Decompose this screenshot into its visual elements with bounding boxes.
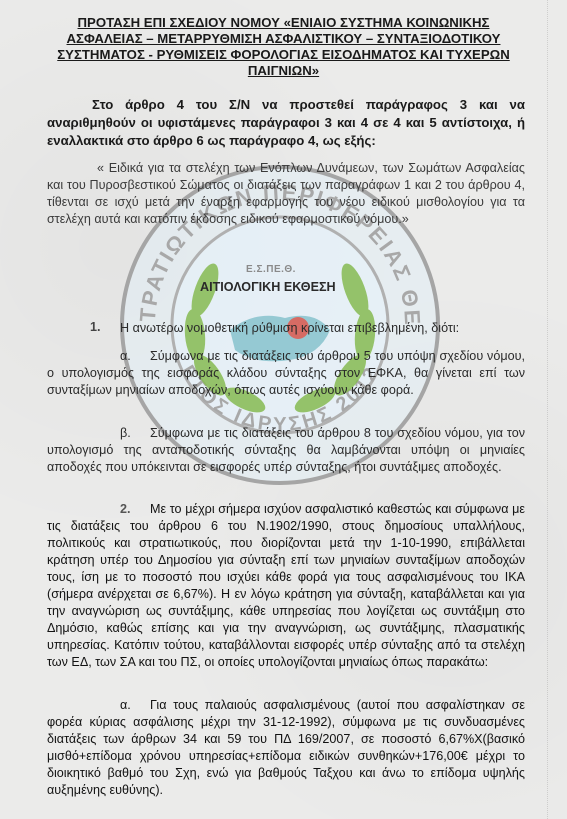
document-title: ΠΡΟΤΑΣΗ ΕΠΙ ΣΧΕΔΙΟΥ ΝΟΜΟΥ «ΕΝΙΑΙΟ ΣΥΣΤΗΜ… <box>40 15 527 79</box>
subitem-letter: α. <box>120 348 150 365</box>
document-page: ΕΝΩΣΗ ΣΤΡΑΤΙΩΤΙΚΩΝ ΠΕΡΙΦΕΡΕΙΑΣ ΘΕΣΣΑΛΙΑΣ… <box>0 0 567 819</box>
item-number: 1. <box>90 320 101 334</box>
item-text: Με το μέχρι σήμερα ισχύον ασφαλιστικό κα… <box>47 502 525 669</box>
item-number: 2. <box>120 501 150 518</box>
subitem: β.Σύμφωνα με τις διατάξεις του άρθρου 8 … <box>47 425 525 476</box>
subitem-text: Για τους παλαιούς ασφαλισμένους (αυτοί π… <box>47 698 525 797</box>
section-heading: ΑΙΤΙΟΛΟΓΙΚΗ ΕΚΘΕΣΗ <box>200 280 336 294</box>
subitem-text: Σύμφωνα με τις διατάξεις του άρθρου 8 το… <box>47 426 525 474</box>
amendment-quote: « Ειδικά για τα στελέχη των Ενόπλων Δυνά… <box>47 160 525 228</box>
item-paragraph: 2.Με το μέχρι σήμερα ισχύον ασφαλιστικό … <box>47 501 525 671</box>
subitem-letter: β. <box>120 425 150 442</box>
amendment-intro: Στο άρθρο 4 του Σ/Ν να προστεθεί παράγρα… <box>47 96 525 150</box>
scan-artifact <box>547 0 549 819</box>
subitem-text: Σύμφωνα με τις διατάξεις του άρθρου 5 το… <box>47 349 525 397</box>
stamp-center-text: Ε.Σ.ΠΕ.Θ. <box>246 264 296 275</box>
item-text: Η ανωτέρω νομοθετική ρύθμιση κρίνεται επ… <box>120 320 540 337</box>
subitem: α.Για τους παλαιούς ασφαλισμένους (αυτοί… <box>47 697 525 799</box>
subitem: α.Σύμφωνα με τις διατάξεις του άρθρου 5 … <box>47 348 525 399</box>
subitem-letter: α. <box>120 697 150 714</box>
